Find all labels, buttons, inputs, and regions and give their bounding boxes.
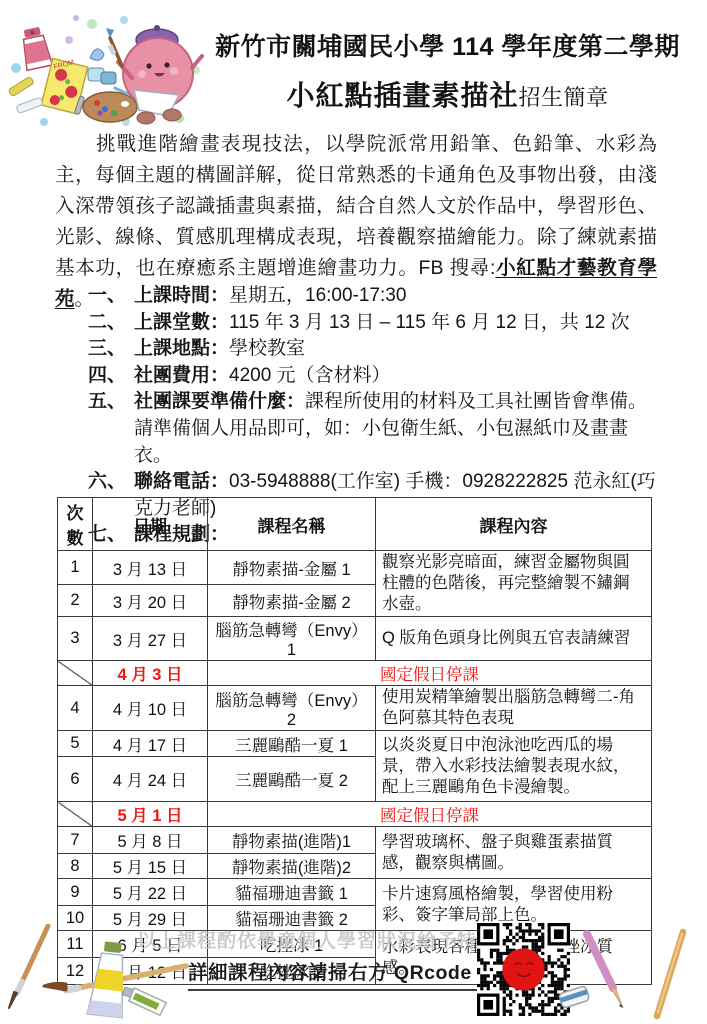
list-label: 上課地點： xyxy=(134,338,229,359)
list-number: 二、 xyxy=(88,310,134,337)
thin-paintbrush-icon xyxy=(9,926,48,1008)
column-header: 課程名稱 xyxy=(208,498,376,551)
list-text: 學校教室 xyxy=(229,338,305,359)
list-number: 一、 xyxy=(88,283,134,310)
table-body: 13 月 13 日靜物素描-金屬 1觀察光影亮暗面，練習金屬物與圓柱體的色階後，… xyxy=(58,551,652,985)
table-row: 75 月 8 日靜物素描(進階)1學習玻璃杯、盤子與雞蛋素描質感，觀察與構圖。 xyxy=(58,827,652,854)
table-row: 95 月 22 日貓福珊迪書籤 1卡片速寫風格繪製，學習使用粉彩、簽字筆局部上色… xyxy=(58,879,652,906)
page-subtitle: 小紅點插畫素描社招生簡章 xyxy=(195,78,700,119)
list-text-line2: 請準備個人用品即可，如：小包衛生紙、小包濕紙巾及畫畫衣。 xyxy=(134,416,663,469)
holiday-label-cell: 國定假日停課 xyxy=(208,661,652,686)
course-name-cell: 腦筋急轉彎（Envy）1 xyxy=(208,617,376,661)
header-illustration: FROM xyxy=(6,10,206,128)
lesson-number-cell: 7 xyxy=(58,827,93,854)
lesson-date-cell: 4 月 24 日 xyxy=(93,757,208,802)
column-header: 課程內容 xyxy=(376,498,652,551)
course-content-cell: 以炎炎夏日中泡泳池吃西瓜的場景，帶入水彩技法繪製表現水紋，配上三麗鷗角色卡漫繪製… xyxy=(376,731,652,802)
lesson-number-cell: 3 xyxy=(58,617,93,661)
course-name-cell: 三麗鷗酷一夏 1 xyxy=(208,731,376,757)
page-title: 新竹市關埔國民小學 114 學年度第二學期 xyxy=(195,30,700,64)
lesson-number-cell: 8 xyxy=(58,854,93,879)
lesson-number-cell: 9 xyxy=(58,879,93,906)
list-item: 一、上課時間：星期五，16:00-17:30 xyxy=(88,283,663,310)
lesson-date-cell: 3 月 13 日 xyxy=(93,551,208,585)
holiday-label-cell: 國定假日停課 xyxy=(208,802,652,827)
list-body: 上課時間：星期五，16:00-17:30 xyxy=(134,283,663,310)
course-name-cell: 靜物素描(進階)2 xyxy=(208,854,376,879)
holiday-row: 4 月 3 日國定假日停課 xyxy=(58,661,652,686)
list-text: 課程所使用的材料及工具社團皆會準備。 xyxy=(305,391,647,412)
course-name-cell: 貓福珊迪書籤 1 xyxy=(208,879,376,906)
list-number: 五、 xyxy=(88,389,134,469)
lesson-date-cell: 5 月 15 日 xyxy=(93,854,208,879)
list-item: 四、社團費用：4200 元（含材料） xyxy=(88,363,663,390)
list-label: 社團課要準備什麼： xyxy=(134,391,305,412)
subtitle-suffix: 招生簡章 xyxy=(519,85,609,110)
diagonal-cell xyxy=(58,661,93,686)
list-text: 4200 元（含材料） xyxy=(229,365,391,386)
paint-tube-pink-icon xyxy=(19,26,53,71)
course-name-cell: 腦筋急轉彎（Envy）2 xyxy=(208,686,376,731)
list-body: 社團費用：4200 元（含材料） xyxy=(134,363,663,390)
wooden-stick-icon xyxy=(657,932,683,1016)
table-row: 13 月 13 日靜物素描-金屬 1觀察光影亮暗面，練習金屬物與圓柱體的色階後，… xyxy=(58,551,652,585)
qr-red-dot-smiley-icon xyxy=(502,948,544,990)
lesson-number-cell: 5 xyxy=(58,731,93,757)
holiday-date-cell: 4 月 3 日 xyxy=(93,661,208,686)
column-header: 次數 xyxy=(58,498,93,551)
footer-right-decoration xyxy=(555,928,705,1022)
lesson-number-cell: 4 xyxy=(58,686,93,731)
course-content-cell: Q 版角色頭身比例與五官表請練習 xyxy=(376,617,652,661)
list-label: 上課堂數： xyxy=(134,312,229,333)
list-item: 三、上課地點：學校教室 xyxy=(88,336,663,363)
lesson-number-cell: 2 xyxy=(58,585,93,617)
list-body: 社團課要準備什麼：課程所使用的材料及工具社團皆會準備。請準備個人用品即可，如：小… xyxy=(134,389,663,469)
course-content-cell: 使用炭精筆繪製出腦筋急轉彎二-角色阿慕其特色表現 xyxy=(376,686,652,731)
list-item: 五、社團課要準備什麼：課程所使用的材料及工具社團皆會準備。請準備個人用品即可，如… xyxy=(88,389,663,469)
holiday-row: 5 月 1 日國定假日停課 xyxy=(58,802,652,827)
table-row: 54 月 17 日三麗鷗酷一夏 1以炎炎夏日中泡泳池吃西瓜的場景，帶入水彩技法繪… xyxy=(58,731,652,757)
table-row: 33 月 27 日腦筋急轉彎（Envy）1Q 版角色頭身比例與五官表請練習 xyxy=(58,617,652,661)
lesson-date-cell: 3 月 20 日 xyxy=(93,585,208,617)
column-header: 日期 xyxy=(93,498,208,551)
schedule-table-wrap: 次數日期課程名稱課程內容 13 月 13 日靜物素描-金屬 1觀察光影亮暗面，練… xyxy=(57,497,651,985)
list-text: 115 年 3 月 13 日 – 115 年 6 月 12 日，共 12 次 xyxy=(229,312,630,333)
course-name-cell: 靜物素描-金屬 1 xyxy=(208,551,376,585)
lesson-date-cell: 4 月 17 日 xyxy=(93,731,208,757)
schedule-table: 次數日期課程名稱課程內容 13 月 13 日靜物素描-金屬 1觀察光影亮暗面，練… xyxy=(57,497,652,985)
course-content-cell: 觀察光影亮暗面，練習金屬物與圓柱體的色階後，再完整繪製不鏽鋼水壺。 xyxy=(376,551,652,617)
list-number: 三、 xyxy=(88,336,134,363)
table-row: 44 月 10 日腦筋急轉彎（Envy）2使用炭精筆繪製出腦筋急轉彎二-角色阿慕… xyxy=(58,686,652,731)
course-name-cell: 靜物素描(進階)1 xyxy=(208,827,376,854)
lesson-number-cell: 6 xyxy=(58,757,93,802)
course-name-cell: 靜物素描-金屬 2 xyxy=(208,585,376,617)
list-body: 上課堂數：115 年 3 月 13 日 – 115 年 6 月 12 日，共 1… xyxy=(134,310,663,337)
title-block: 新竹市關埔國民小學 114 學年度第二學期 小紅點插畫素描社招生簡章 xyxy=(195,30,700,119)
course-content-cell: 學習玻璃杯、盤子與雞蛋素描質感，觀察與構圖。 xyxy=(376,827,652,879)
lesson-date-cell: 4 月 10 日 xyxy=(93,686,208,731)
holiday-date-cell: 5 月 1 日 xyxy=(93,802,208,827)
lesson-number-cell: 1 xyxy=(58,551,93,585)
list-label: 聯絡電話： xyxy=(134,471,229,492)
lesson-date-cell: 5 月 22 日 xyxy=(93,879,208,906)
eraser-icon xyxy=(558,986,589,1009)
pink-pencil-icon xyxy=(587,934,623,1008)
list-item: 二、上課堂數：115 年 3 月 13 日 – 115 年 6 月 12 日，共… xyxy=(88,310,663,337)
diagonal-cell xyxy=(58,802,93,827)
list-label: 社團費用： xyxy=(134,365,229,386)
header-row: 次數日期課程名稱課程內容 xyxy=(58,498,652,551)
table-head: 次數日期課程名稱課程內容 xyxy=(58,498,652,551)
list-text: 星期五，16:00-17:30 xyxy=(229,285,406,306)
course-name-cell: 三麗鷗酷一夏 2 xyxy=(208,757,376,802)
lesson-date-cell: 3 月 27 日 xyxy=(93,617,208,661)
club-name: 小紅點插畫素描社 xyxy=(286,80,518,111)
lesson-date-cell: 5 月 8 日 xyxy=(93,827,208,854)
list-label: 上課時間： xyxy=(134,285,229,306)
footer-left-decoration xyxy=(4,924,194,1022)
list-number: 四、 xyxy=(88,363,134,390)
list-body: 上課地點：學校教室 xyxy=(134,336,663,363)
flyer-page: FROM xyxy=(0,0,707,1024)
paint-tube-green-icon xyxy=(120,985,167,1016)
